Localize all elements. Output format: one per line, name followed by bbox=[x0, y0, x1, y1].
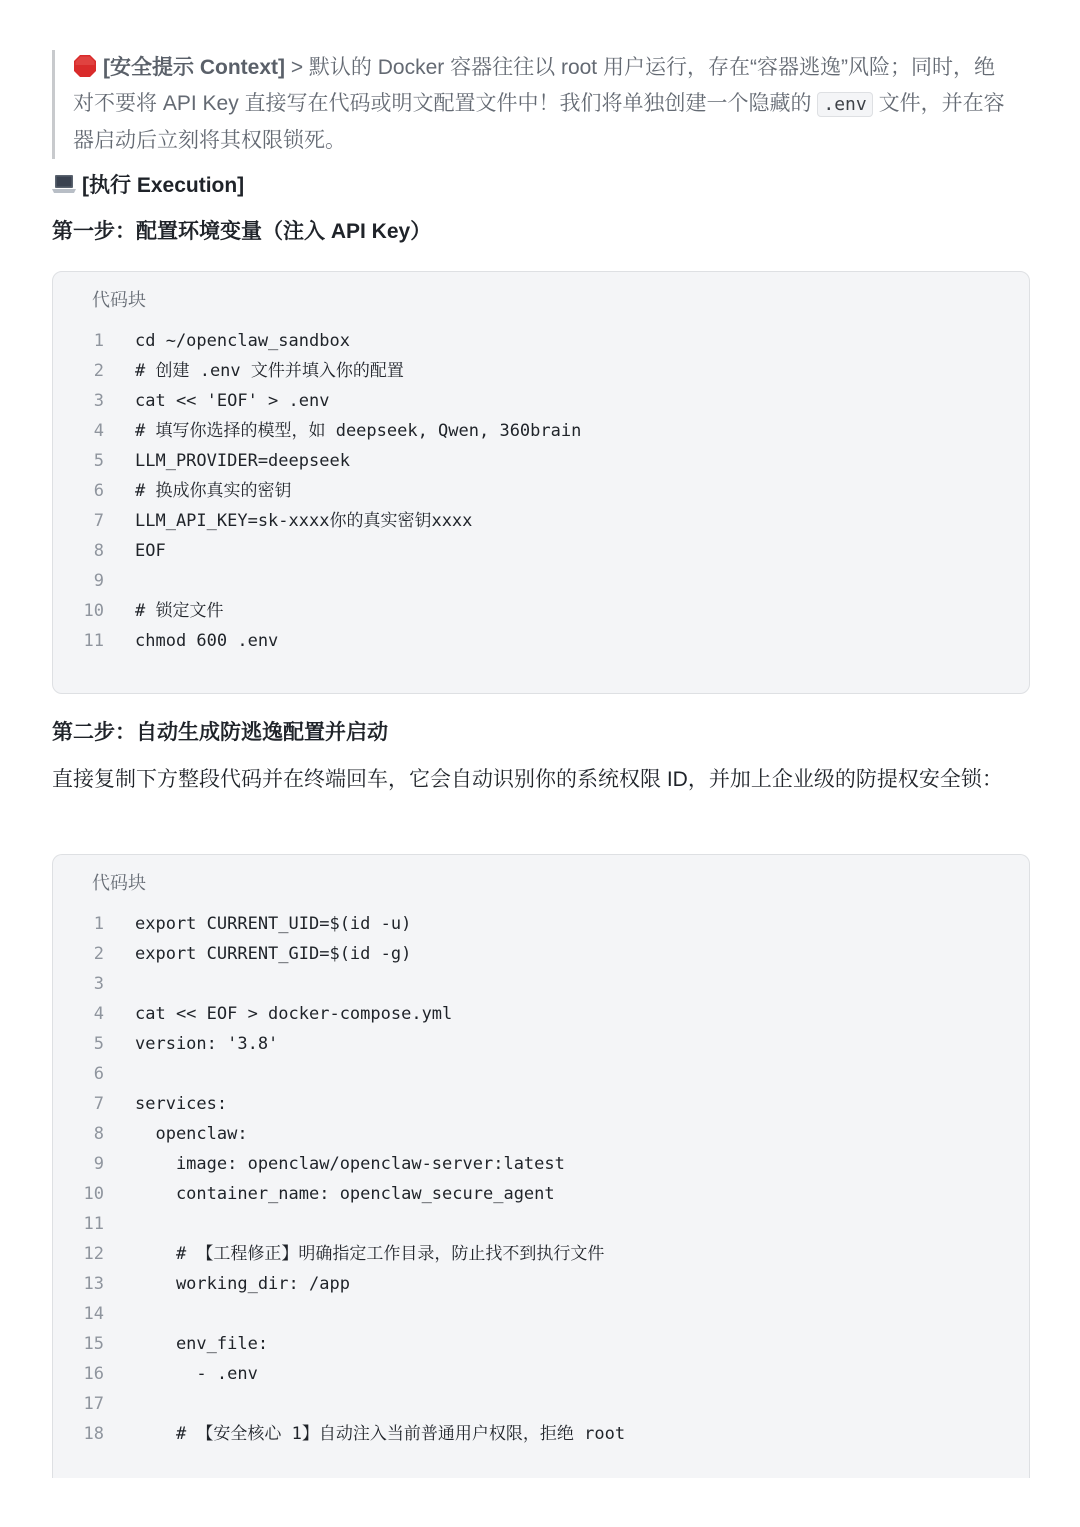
code-line: 11chmod 600 .env bbox=[53, 626, 1029, 656]
code-line: 10 container_name: openclaw_secure_agent bbox=[53, 1179, 1029, 1209]
code-line: 16 - .env bbox=[53, 1359, 1029, 1389]
line-number: 14 bbox=[53, 1299, 104, 1329]
code-line: 9 image: openclaw/openclaw-server:latest bbox=[53, 1149, 1029, 1179]
line-number: 9 bbox=[53, 566, 104, 596]
line-code: services: bbox=[104, 1089, 227, 1119]
code-line: 4# 填写你选择的模型，如 deepseek, Qwen, 360brain bbox=[53, 416, 1029, 446]
code-line: 4cat << EOF > docker-compose.yml bbox=[53, 999, 1029, 1029]
line-number: 3 bbox=[53, 969, 104, 999]
step2-code-block[interactable]: 代码块 1export CURRENT_UID=$(id -u) 2export… bbox=[52, 854, 1030, 1478]
code-block-title: 代码块 bbox=[53, 869, 1029, 897]
line-code: cd ~/openclaw_sandbox bbox=[104, 326, 350, 356]
code-line: 8EOF bbox=[53, 536, 1029, 566]
line-number: 3 bbox=[53, 386, 104, 416]
line-number: 7 bbox=[53, 1089, 104, 1119]
line-code: cat << 'EOF' > .env bbox=[104, 386, 329, 416]
line-number: 12 bbox=[53, 1239, 104, 1269]
code-line: 5LLM_PROVIDER=deepseek bbox=[53, 446, 1029, 476]
step1-code-block[interactable]: 代码块 1cd ~/openclaw_sandbox 2# 创建 .env 文件… bbox=[52, 271, 1030, 694]
line-number: 13 bbox=[53, 1269, 104, 1299]
line-code: env_file: bbox=[104, 1329, 268, 1359]
line-code: export CURRENT_UID=$(id -u) bbox=[104, 909, 411, 939]
inline-code-env: .env bbox=[817, 92, 872, 117]
line-number: 8 bbox=[53, 1119, 104, 1149]
line-number: 11 bbox=[53, 626, 104, 656]
line-number: 4 bbox=[53, 416, 104, 446]
code-lines: 1cd ~/openclaw_sandbox 2# 创建 .env 文件并填入你… bbox=[53, 326, 1029, 656]
code-line: 15 env_file: bbox=[53, 1329, 1029, 1359]
line-code: image: openclaw/openclaw-server:latest bbox=[104, 1149, 565, 1179]
line-number: 4 bbox=[53, 999, 104, 1029]
line-number: 17 bbox=[53, 1389, 104, 1419]
execution-heading-text: [执行 Execution] bbox=[82, 174, 244, 197]
line-code: version: '3.8' bbox=[104, 1029, 278, 1059]
line-number: 5 bbox=[53, 1029, 104, 1059]
security-callout: [安全提示 Context] > 默认的 Docker 容器往往以 root 用… bbox=[52, 50, 1012, 159]
line-number: 7 bbox=[53, 506, 104, 536]
code-line: 17 bbox=[53, 1389, 1029, 1419]
code-line: 13 working_dir: /app bbox=[53, 1269, 1029, 1299]
code-line: 9 bbox=[53, 566, 1029, 596]
step2-heading: 第二步：自动生成防逃逸配置并启动 bbox=[52, 717, 388, 749]
line-number: 2 bbox=[53, 356, 104, 386]
line-code bbox=[104, 1059, 135, 1089]
line-code bbox=[104, 1299, 135, 1329]
code-line: 3 bbox=[53, 969, 1029, 999]
code-line: 12 # 【工程修正】明确指定工作目录，防止找不到执行文件 bbox=[53, 1239, 1029, 1269]
line-number: 5 bbox=[53, 446, 104, 476]
step1-heading: 第一步：配置环境变量（注入 API Key） bbox=[52, 216, 431, 248]
code-line: 18 # 【安全核心 1】自动注入当前普通用户权限，拒绝 root bbox=[53, 1419, 1029, 1449]
line-number: 1 bbox=[53, 909, 104, 939]
code-lines: 1export CURRENT_UID=$(id -u) 2export CUR… bbox=[53, 909, 1029, 1449]
stop-sign-icon bbox=[73, 54, 97, 78]
code-line: 2export CURRENT_GID=$(id -g) bbox=[53, 939, 1029, 969]
code-line: 2# 创建 .env 文件并填入你的配置 bbox=[53, 356, 1029, 386]
line-number: 16 bbox=[53, 1359, 104, 1389]
line-number: 10 bbox=[53, 596, 104, 626]
line-number: 15 bbox=[53, 1329, 104, 1359]
code-line: 1export CURRENT_UID=$(id -u) bbox=[53, 909, 1029, 939]
line-code: container_name: openclaw_secure_agent bbox=[104, 1179, 555, 1209]
code-line: 7services: bbox=[53, 1089, 1029, 1119]
line-code: cat << EOF > docker-compose.yml bbox=[104, 999, 452, 1029]
line-number: 6 bbox=[53, 1059, 104, 1089]
code-line: 1cd ~/openclaw_sandbox bbox=[53, 326, 1029, 356]
line-code: # 填写你选择的模型，如 deepseek, Qwen, 360brain bbox=[104, 416, 581, 446]
line-code: LLM_PROVIDER=deepseek bbox=[104, 446, 350, 476]
line-code: openclaw: bbox=[104, 1119, 248, 1149]
callout-tag: [安全提示 Context] bbox=[103, 56, 285, 79]
code-line: 11 bbox=[53, 1209, 1029, 1239]
line-code bbox=[104, 566, 135, 596]
line-number: 8 bbox=[53, 536, 104, 566]
code-line: 6# 换成你真实的密钥 bbox=[53, 476, 1029, 506]
line-number: 10 bbox=[53, 1179, 104, 1209]
line-code: LLM_API_KEY=sk-xxxx你的真实密钥xxxx bbox=[104, 506, 472, 536]
line-code: # 换成你真实的密钥 bbox=[104, 476, 291, 506]
code-line: 8 openclaw: bbox=[53, 1119, 1029, 1149]
laptop-icon bbox=[52, 174, 76, 194]
code-line: 14 bbox=[53, 1299, 1029, 1329]
line-code: chmod 600 .env bbox=[104, 626, 278, 656]
code-block-title: 代码块 bbox=[53, 286, 1029, 314]
line-code: # 创建 .env 文件并填入你的配置 bbox=[104, 356, 404, 386]
line-code bbox=[104, 1209, 135, 1239]
step2-description: 直接复制下方整段代码并在终端回车，它会自动识别你的系统权限 ID，并加上企业级的… bbox=[52, 762, 1012, 798]
line-code: # 【安全核心 1】自动注入当前普通用户权限，拒绝 root bbox=[104, 1419, 625, 1449]
code-line: 6 bbox=[53, 1059, 1029, 1089]
execution-heading: [执行 Execution] bbox=[52, 170, 244, 202]
code-line: 5version: '3.8' bbox=[53, 1029, 1029, 1059]
line-number: 6 bbox=[53, 476, 104, 506]
line-number: 18 bbox=[53, 1419, 104, 1449]
code-line: 7LLM_API_KEY=sk-xxxx你的真实密钥xxxx bbox=[53, 506, 1029, 536]
line-number: 2 bbox=[53, 939, 104, 969]
line-code: # 锁定文件 bbox=[104, 596, 223, 626]
line-code bbox=[104, 969, 135, 999]
line-code: working_dir: /app bbox=[104, 1269, 350, 1299]
code-line: 3cat << 'EOF' > .env bbox=[53, 386, 1029, 416]
line-number: 1 bbox=[53, 326, 104, 356]
line-code bbox=[104, 1389, 135, 1419]
line-code: - .env bbox=[104, 1359, 258, 1389]
line-number: 9 bbox=[53, 1149, 104, 1179]
line-code: EOF bbox=[104, 536, 166, 566]
code-line: 10# 锁定文件 bbox=[53, 596, 1029, 626]
line-code: export CURRENT_GID=$(id -g) bbox=[104, 939, 411, 969]
line-number: 11 bbox=[53, 1209, 104, 1239]
line-code: # 【工程修正】明确指定工作目录，防止找不到执行文件 bbox=[104, 1239, 604, 1269]
